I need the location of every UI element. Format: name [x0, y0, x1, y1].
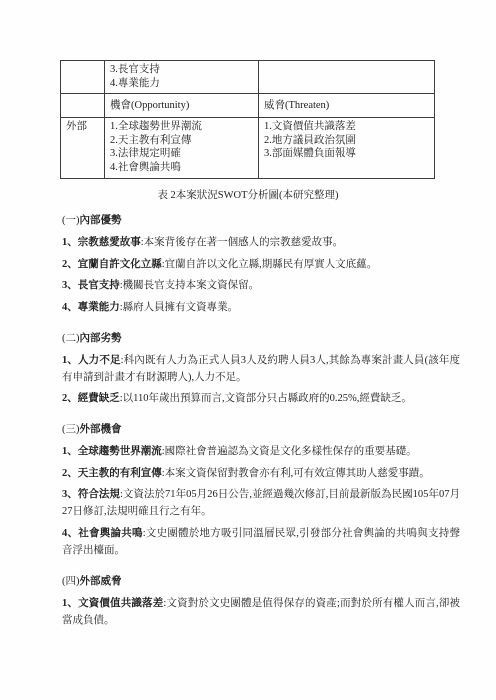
list-item: 1、文資價值共識落差:文資對於文史團體是值得保存的資產;而對於所有權人而言,卻被…	[62, 595, 460, 629]
item-text: :本案背後存在著一個感人的宗教慈愛故事。	[141, 237, 343, 248]
table-cell-empty	[259, 61, 435, 94]
list-item: 3、長官支持:機關長官支持本案文資保留。	[62, 277, 460, 294]
item-label: 1、人力不足	[62, 355, 121, 366]
list-item: 2、經費缺乏:以110年歲出預算而言,文資部分只占縣政府的0.25%,經費缺乏。	[62, 390, 460, 407]
table-cell-empty	[61, 94, 105, 118]
item-label: 2、天主教的有利宣傳	[62, 468, 162, 479]
document-page: 3.長官支持 4.專業能力 機會(Opportunity) 威脅(Threate…	[0, 0, 496, 700]
cell-line: 2.地方議員政治氛圍	[264, 134, 429, 148]
section-prefix: (二)	[62, 333, 80, 344]
item-text: :以110年歲出預算而言,文資部分只占縣政府的0.25%,經費缺乏。	[120, 393, 412, 404]
section-title: 內部劣勢	[80, 333, 122, 344]
section-heading-internal-strengths: (一)內部優勢	[62, 212, 460, 229]
list-item: 1、人力不足:科內既有人力為正式人員3人及約聘人員3人,其餘為專案計畫人員(該年…	[62, 352, 460, 386]
item-label: 1、文資價值共識落差	[62, 598, 163, 609]
section-heading-external-threats: (四)外部威脅	[62, 573, 460, 590]
table-row: 3.長官支持 4.專業能力	[61, 61, 435, 94]
list-item: 3、符合法規:文資法於71年05月26日公告,並經過幾次修訂,目前最新版為民國1…	[62, 486, 460, 520]
cell-line: 3.法律規定明確	[110, 147, 253, 161]
item-label: 2、宜蘭自許文化立縣	[62, 259, 162, 270]
list-item: 4、社會輿論共鳴:文史團體於地方吸引同溫層民眾,引發部分社會輿論的共鳴與支持聲音…	[62, 525, 460, 559]
section-prefix: (一)	[62, 215, 80, 226]
item-label: 3、符合法規	[62, 489, 120, 500]
section-title: 外部威脅	[80, 576, 122, 587]
section-prefix: (三)	[62, 424, 80, 435]
item-text: :文資法於71年05月26日公告,並經過幾次修訂,目前最新版為民國105年07月…	[62, 489, 460, 517]
table-cell-empty	[61, 61, 105, 94]
item-text: :科內既有人力為正式人員3人及約聘人員3人,其餘為專案計畫人員(該年度有申請到計…	[62, 355, 460, 383]
item-label: 4、專業能力	[62, 302, 120, 313]
section-heading-internal-weaknesses: (二)內部劣勢	[62, 330, 460, 347]
item-label: 2、經費缺乏	[62, 393, 120, 404]
swot-table: 3.長官支持 4.專業能力 機會(Opportunity) 威脅(Threate…	[60, 60, 435, 179]
table-cell-strengths-continued: 3.長官支持 4.專業能力	[105, 61, 259, 94]
item-label: 1、宗教慈愛故事	[62, 237, 141, 248]
table-cell-opportunities: 1.全球趨勢世界潮流 2.天主教有利宣傳 3.法律規定明確 4.社會輿論共鳴	[105, 118, 259, 179]
item-text: :縣府人員擁有文資專業。	[120, 302, 238, 313]
table-caption: 表 2本案狀況SWOT分析圖(本研究整理)	[0, 188, 496, 203]
item-label: 4、社會輿論共鳴	[62, 528, 143, 539]
table-row: 外部 1.全球趨勢世界潮流 2.天主教有利宣傳 3.法律規定明確 4.社會輿論共…	[61, 118, 435, 179]
section-title: 內部優勢	[80, 215, 122, 226]
table-cell-external-label: 外部	[61, 118, 105, 179]
item-label: 3、長官支持	[62, 280, 120, 291]
cell-line: 1.文資價值共識落差	[264, 120, 429, 134]
cell-line: 4.社會輿論共鳴	[110, 161, 253, 175]
table-cell-threats: 1.文資價值共識落差 2.地方議員政治氛圍 3.部面媒體負面報導	[259, 118, 435, 179]
table-cell-threat-header: 威脅(Threaten)	[259, 94, 435, 118]
list-item: 2、天主教的有利宣傳:本案文資保留對教會亦有利,可有效宣傳其助人慈愛事蹟。	[62, 465, 460, 482]
cell-line: 3.部面媒體負面報導	[264, 147, 429, 161]
item-label: 1、全球趨勢世界潮流	[62, 446, 162, 457]
list-item: 2、宜蘭自許文化立縣:宜蘭自許以文化立縣,期縣民有厚實人文底蘊。	[62, 256, 460, 273]
section-heading-external-opportunities: (三)外部機會	[62, 421, 460, 438]
item-text: :宜蘭自許以文化立縣,期縣民有厚實人文底蘊。	[162, 259, 378, 270]
list-item: 1、宗教慈愛故事:本案背後存在著一個感人的宗教慈愛故事。	[62, 234, 460, 251]
section-prefix: (四)	[62, 576, 80, 587]
list-item: 4、專業能力:縣府人員擁有文資專業。	[62, 299, 460, 316]
document-body: (一)內部優勢 1、宗教慈愛故事:本案背後存在著一個感人的宗教慈愛故事。 2、宜…	[62, 212, 460, 633]
cell-line: 1.全球趨勢世界潮流	[110, 120, 253, 134]
item-text: :本案文資保留對教會亦有利,可有效宣傳其助人慈愛事蹟。	[162, 468, 430, 479]
cell-line: 2.天主教有利宣傳	[110, 134, 253, 148]
cell-line: 3.長官支持	[110, 63, 253, 77]
table-row: 機會(Opportunity) 威脅(Threaten)	[61, 94, 435, 118]
section-title: 外部機會	[80, 424, 122, 435]
list-item: 1、全球趨勢世界潮流:國際社會普遍認為文資是文化多樣性保存的重要基礎。	[62, 443, 460, 460]
table-cell-opportunity-header: 機會(Opportunity)	[105, 94, 259, 118]
item-text: :機關長官支持本案文資保留。	[120, 280, 259, 291]
item-text: :國際社會普遍認為文資是文化多樣性保存的重要基礎。	[162, 446, 417, 457]
cell-line: 4.專業能力	[110, 77, 253, 91]
